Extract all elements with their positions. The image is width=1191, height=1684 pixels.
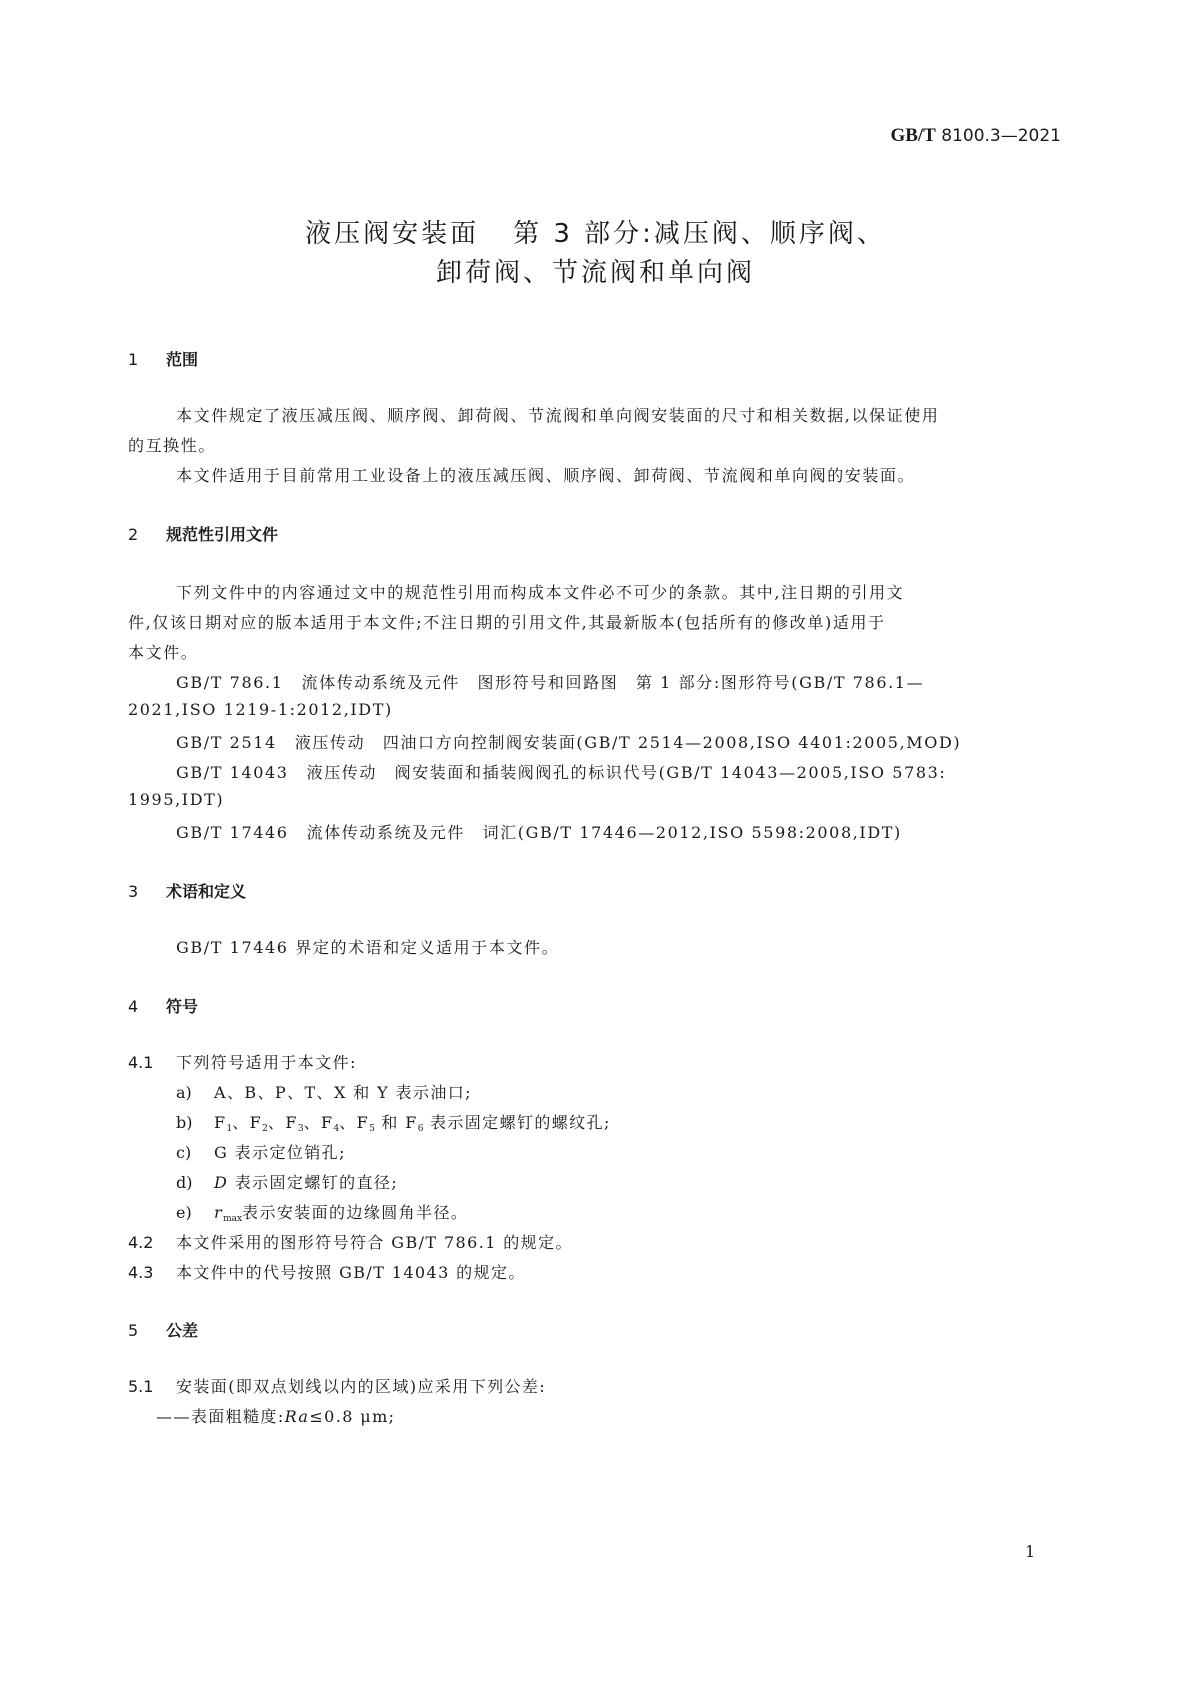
scope-paragraph-1-cont: 的互换性。 [128, 433, 216, 456]
list-item-d: d)D 表示固定螺钉的直径; [176, 1170, 398, 1193]
reference-entry: GB/T 2514液压传动 四油口方向控制阀安装面(GB/T 2514—2008… [176, 730, 961, 753]
list-item-e: e)rmax表示安装面的边缘圆角半径。 [176, 1200, 468, 1224]
reference-title: 流体传动系统及元件 词汇(GB/T 17446—2012,ISO 5598:20… [307, 823, 902, 842]
roughness-requirement: ——表面粗糙度:Ra≤0.8 μm; [156, 1404, 395, 1427]
reference-code: GB/T 14043 [176, 763, 289, 782]
section-heading-4: 4符号 [128, 994, 198, 1017]
section-heading-2: 2规范性引用文件 [128, 522, 278, 545]
standard-code: 8100.3—2021 [941, 126, 1061, 146]
section-heading-3: 3术语和定义 [128, 879, 246, 902]
standard-number: GB/T 8100.3—2021 [890, 125, 1061, 147]
list-item-b: b)F1、F2、F3、F4、F5 和 F6 表示固定螺钉的螺纹孔; [176, 1110, 611, 1134]
page-number: 1 [1025, 1542, 1035, 1561]
terms-paragraph: GB/T 17446 界定的术语和定义适用于本文件。 [176, 935, 559, 958]
clause-5-1: 5.1安装面(即双点划线以内的区域)应采用下列公差: [128, 1374, 546, 1397]
scope-paragraph-2: 本文件适用于目前常用工业设备上的液压减压阀、顺序阀、卸荷阀、节流阀和单向阀的安装… [176, 463, 915, 486]
section-heading-1: 1范围 [128, 347, 198, 370]
reference-title: 流体传动系统及元件 图形符号和回路图 第 1 部分:图形符号(GB/T 786.… [302, 673, 925, 692]
reference-code: GB/T 17446 [176, 823, 289, 842]
list-item-c: c)G 表示定位销孔; [176, 1140, 346, 1163]
reference-title: 液压传动 四油口方向控制阀安装面(GB/T 2514—2008,ISO 4401… [295, 733, 961, 752]
references-intro-cont: 件,仅该日期对应的版本适用于本文件;不注日期的引用文件,其最新版本(包括所有的修… [128, 610, 886, 633]
reference-entry: GB/T 786.1流体传动系统及元件 图形符号和回路图 第 1 部分:图形符号… [176, 670, 924, 693]
reference-code: GB/T 2514 [176, 733, 277, 752]
reference-entry: GB/T 14043液压传动 阀安装面和插装阀阀孔的标识代号(GB/T 1404… [176, 760, 946, 783]
reference-entry-cont: 1995,IDT) [128, 790, 224, 809]
document-title-line1: 液压阀安装面第 3 部分:减压阀、顺序阀、 [0, 213, 1191, 250]
clause-4-2: 4.2本文件采用的图形符号符合 GB/T 786.1 的规定。 [128, 1230, 573, 1253]
clause-4-1: 4.1下列符号适用于本文件: [128, 1050, 357, 1073]
scope-paragraph-1: 本文件规定了液压减压阀、顺序阀、卸荷阀、节流阀和单向阀安装面的尺寸和相关数据,以… [176, 403, 940, 426]
reference-entry-cont: 2021,ISO 1219-1:2012,IDT) [128, 700, 393, 719]
list-item-a: a)A、B、P、T、X 和 Y 表示油口; [176, 1080, 472, 1103]
references-intro-end: 本文件。 [128, 640, 198, 663]
references-intro: 下列文件中的内容通过文中的规范性引用而构成本文件必不可少的条款。其中,注日期的引… [176, 580, 904, 603]
section-heading-5: 5公差 [128, 1318, 198, 1341]
reference-entry: GB/T 17446流体传动系统及元件 词汇(GB/T 17446—2012,I… [176, 820, 902, 843]
clause-4-3: 4.3本文件中的代号按照 GB/T 14043 的规定。 [128, 1260, 526, 1283]
standard-prefix: GB/T [890, 125, 935, 146]
title-part: 第 3 部分:减压阀、顺序阀、 [513, 219, 886, 249]
reference-title: 液压传动 阀安装面和插装阀阀孔的标识代号(GB/T 14043—2005,ISO… [307, 763, 947, 782]
title-main: 液压阀安装面 [305, 219, 479, 249]
reference-code: GB/T 786.1 [176, 673, 284, 692]
document-title-line2: 卸荷阀、节流阀和单向阀 [0, 252, 1191, 289]
